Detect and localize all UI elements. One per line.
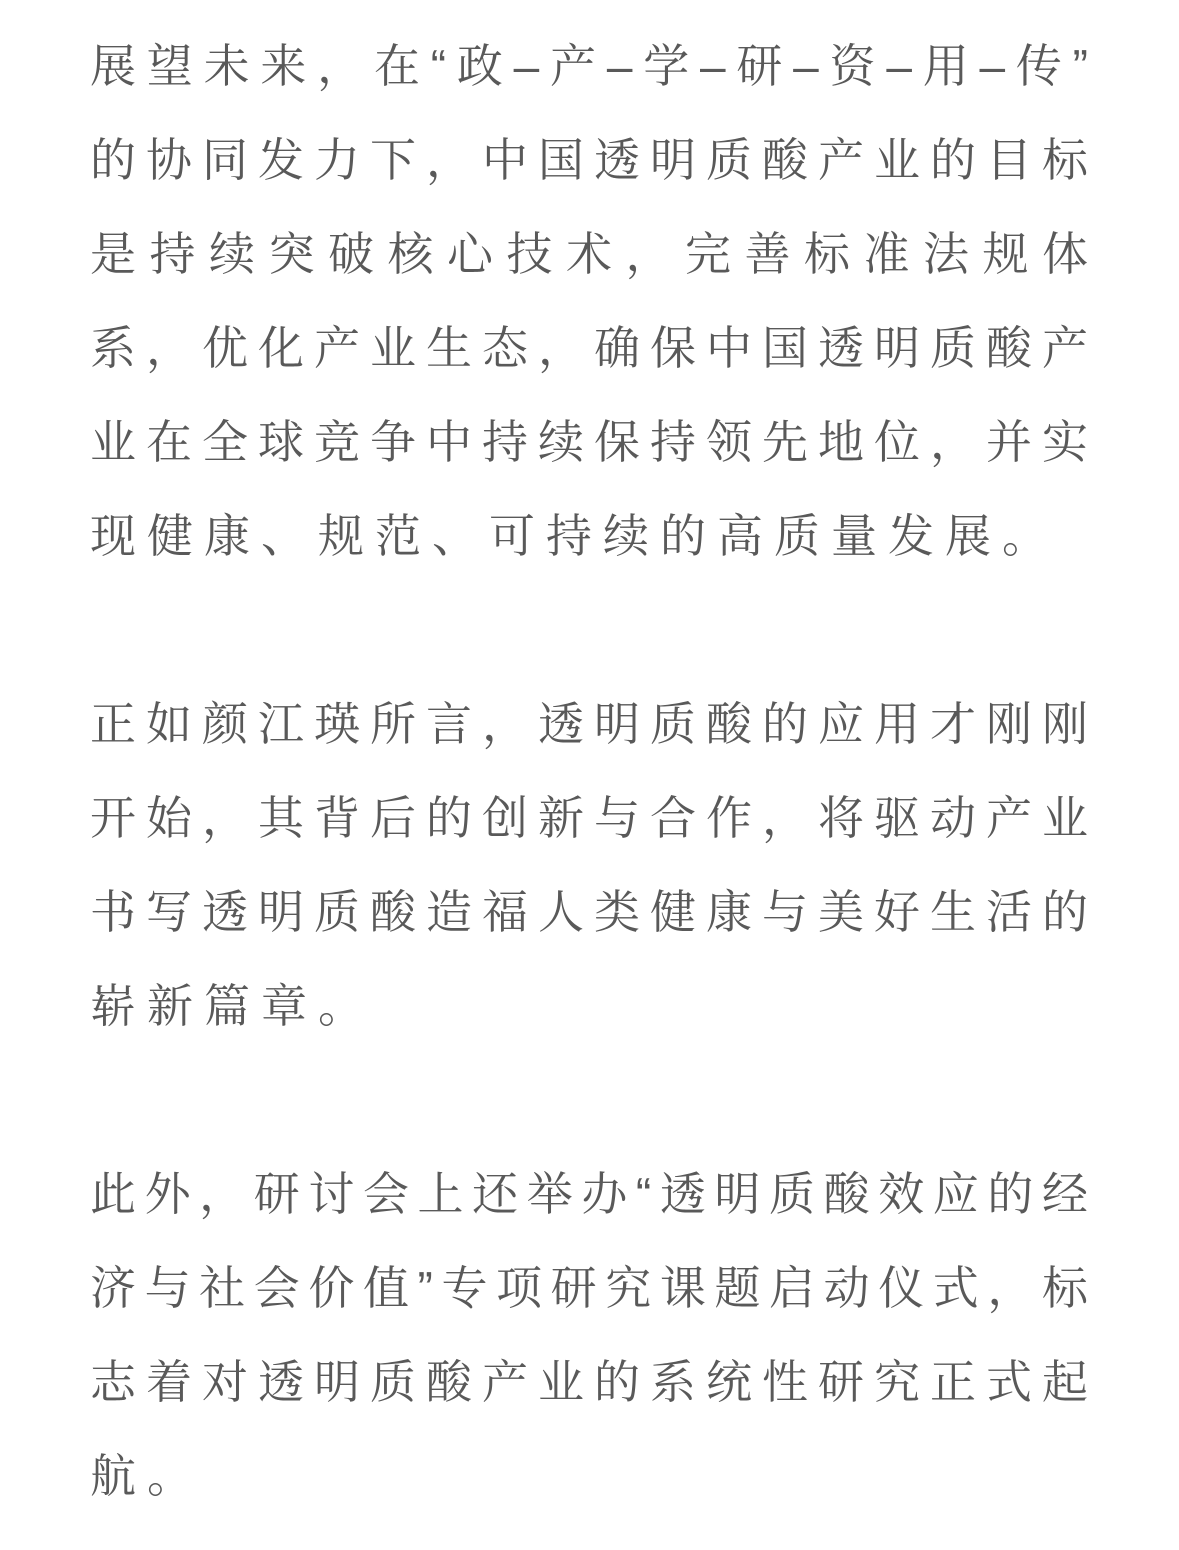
text-line: 的协同发力下，中国透明质酸产业的目标 xyxy=(90,113,1089,207)
paragraph: 展望未来，在“政–产–学–研–资–用–传”的协同发力下，中国透明质酸产业的目标是… xyxy=(90,19,1089,583)
text-line: 开始，其背后的创新与合作，将驱动产业 xyxy=(90,771,1089,865)
paragraph: 此外，研讨会上还举办“透明质酸效应的经济与社会价值”专项研究课题启动仪式，标志着… xyxy=(90,1147,1089,1523)
text-line: 志着对透明质酸产业的系统性研究正式起 xyxy=(90,1335,1089,1429)
text-line: 现健康、规范、可持续的高质量发展。 xyxy=(90,489,1089,583)
article-page: 展望未来，在“政–产–学–研–资–用–传”的协同发力下，中国透明质酸产业的目标是… xyxy=(0,0,1179,1550)
text-line: 业在全球竞争中持续保持领先地位，并实 xyxy=(90,395,1089,489)
text-line: 系，优化产业生态，确保中国透明质酸产 xyxy=(90,301,1089,395)
paragraph: 正如颜江瑛所言，透明质酸的应用才刚刚开始，其背后的创新与合作，将驱动产业书写透明… xyxy=(90,677,1089,1053)
text-line: 此外，研讨会上还举办“透明质酸效应的经 xyxy=(90,1147,1089,1241)
text-line: 展望未来，在“政–产–学–研–资–用–传” xyxy=(90,19,1089,113)
text-line: 正如颜江瑛所言，透明质酸的应用才刚刚 xyxy=(90,677,1089,771)
text-line: 崭新篇章。 xyxy=(90,959,1089,1053)
article-body: 展望未来，在“政–产–学–研–资–用–传”的协同发力下，中国透明质酸产业的目标是… xyxy=(0,0,1179,1523)
text-line: 是持续突破核心技术，完善标准法规体 xyxy=(90,207,1089,301)
text-line: 航。 xyxy=(90,1429,1089,1523)
text-line: 书写透明质酸造福人类健康与美好生活的 xyxy=(90,865,1089,959)
text-line: 济与社会价值”专项研究课题启动仪式，标 xyxy=(90,1241,1089,1335)
